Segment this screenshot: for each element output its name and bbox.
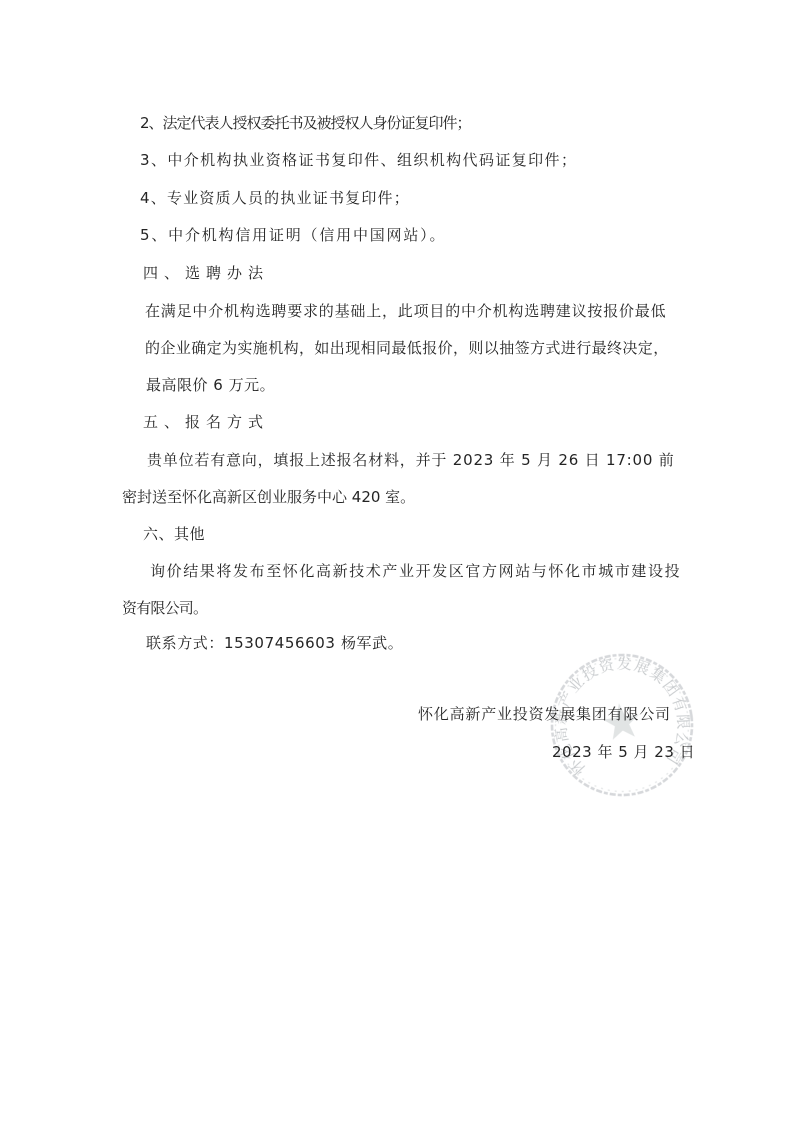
official-stamp: 怀化高新产业投资发展集团有限公司 bbox=[532, 635, 713, 816]
section-6-paragraph-line-2: 资有限公司。 bbox=[122, 598, 207, 618]
section-4-paragraph-line-3: 最高限价 6 万元。 bbox=[146, 375, 275, 395]
contact-line: 联系方式：15307456603 杨军武。 bbox=[146, 633, 403, 653]
section-4-paragraph-line-1: 在满足中介机构选聘要求的基础上，此项目的中介机构选聘建议按报价最低 bbox=[145, 301, 666, 321]
section-5-heading: 五、报名方式 bbox=[143, 412, 269, 432]
signature-date: 2023 年 5 月 23 日 bbox=[552, 742, 695, 762]
section-4-paragraph-line-2: 的企业确定为实施机构，如出现相同最低报价，则以抽签方式进行最终决定， bbox=[145, 338, 669, 358]
section-5-paragraph-line-1: 贵单位若有意向，填报上述报名材料，并于 2023 年 5 月 26 日 17:0… bbox=[147, 450, 675, 470]
section-6-heading: 六、其他 bbox=[143, 524, 205, 544]
section-6-paragraph-line-1: 询价结果将发布至怀化高新技术产业开发区官方网站与怀化市城市建设投 bbox=[150, 561, 681, 581]
list-item-5: 5、中介机构信用证明（信用中国网站）。 bbox=[140, 225, 446, 245]
document-page: 2、法定代表人授权委托书及被授权人身份证复印件； 3、中介机构执业资格证书复印件… bbox=[0, 0, 793, 1122]
signature-company: 怀化高新产业投资发展集团有限公司 bbox=[418, 704, 671, 724]
section-4-heading: 四、选聘办法 bbox=[143, 263, 269, 283]
list-item-3: 3、中介机构执业资格证书复印件、组织机构代码证复印件； bbox=[140, 150, 577, 170]
list-item-4: 4、专业资质人员的执业证书复印件； bbox=[140, 188, 410, 208]
section-5-paragraph-line-2: 密封送至怀化高新区创业服务中心 420 室。 bbox=[122, 487, 415, 507]
list-item-2: 2、法定代表人授权委托书及被授权人身份证复印件； bbox=[140, 113, 471, 133]
